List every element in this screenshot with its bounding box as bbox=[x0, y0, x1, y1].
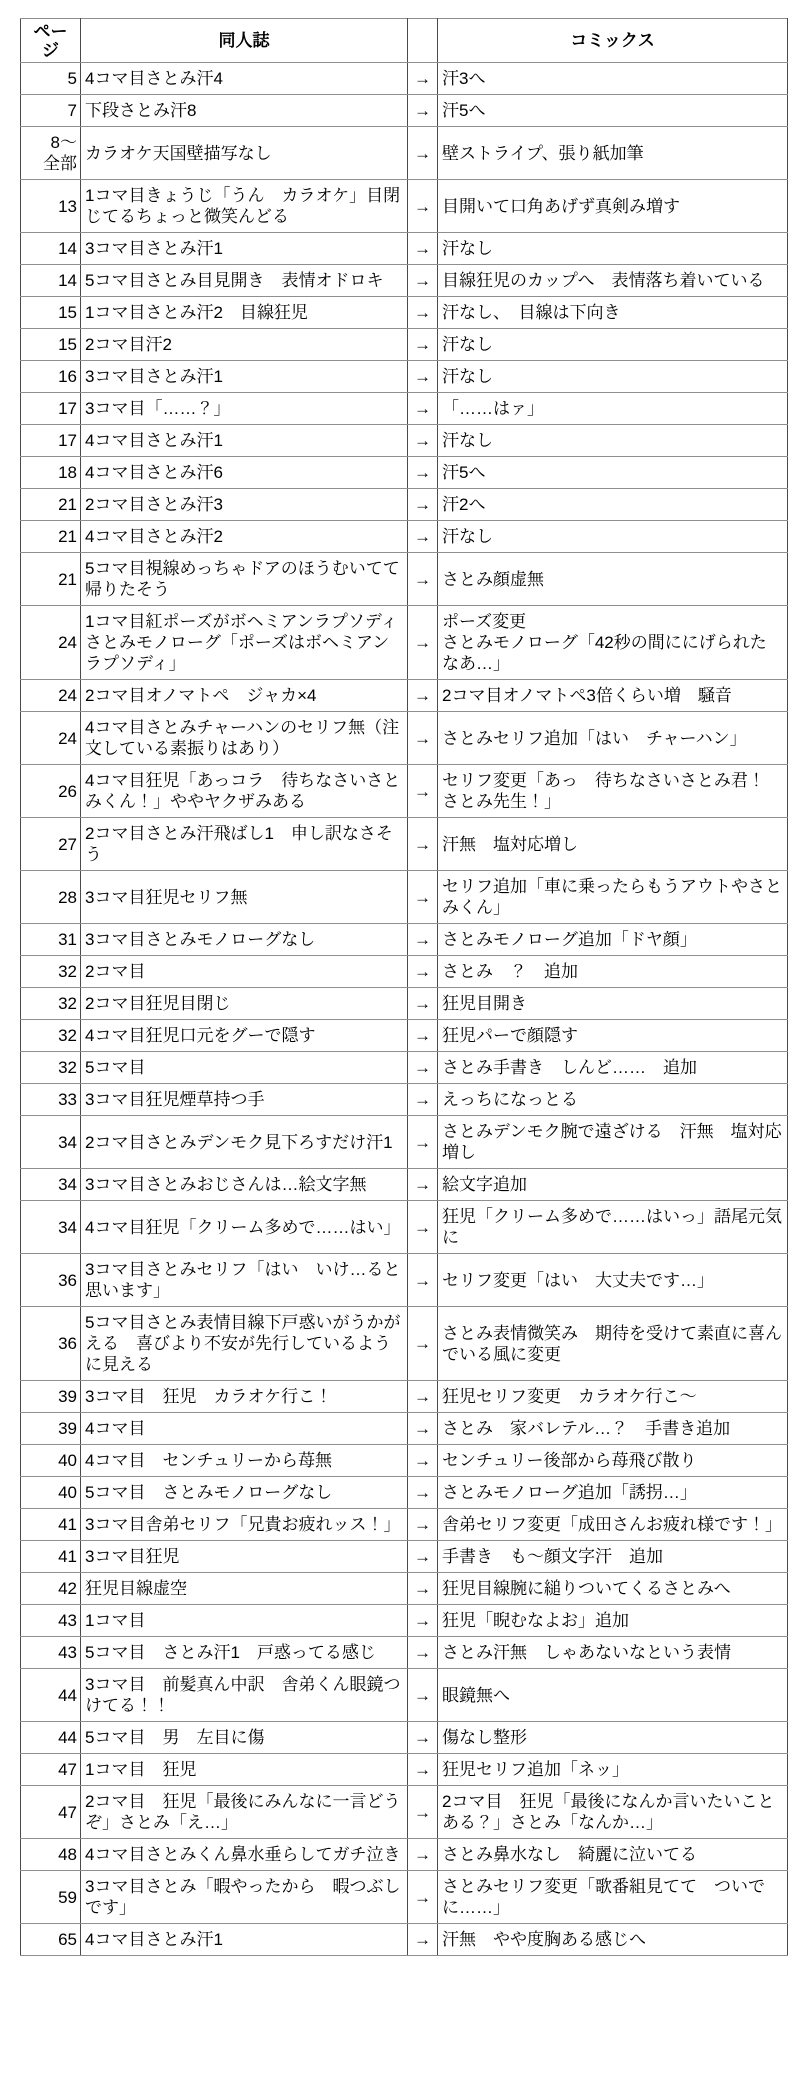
comics-cell: 汗なし bbox=[438, 521, 788, 553]
header-comics: コミックス bbox=[438, 19, 788, 63]
doujinshi-cell: カラオケ天国壁描写なし bbox=[81, 127, 408, 180]
comics-cell: 目線狂児のカップへ 表情落ち着いている bbox=[438, 265, 788, 297]
arrow-icon: → bbox=[408, 818, 438, 871]
table-row: 443コマ目 前髪真ん中訳 舎弟くん眼鏡つけてる！！→眼鏡無へ bbox=[21, 1669, 788, 1722]
comics-cell: さとみ 家バレテル…？ 手書き追加 bbox=[438, 1413, 788, 1445]
doujinshi-cell: 4コマ目さとみ汗2 bbox=[81, 521, 408, 553]
page-number-cell: 41 bbox=[21, 1541, 81, 1573]
arrow-icon: → bbox=[408, 1754, 438, 1786]
comics-cell: 狂児「睨むなよお」追加 bbox=[438, 1605, 788, 1637]
arrow-icon: → bbox=[408, 1786, 438, 1839]
arrow-icon: → bbox=[408, 63, 438, 95]
table-row: 214コマ目さとみ汗2→汗なし bbox=[21, 521, 788, 553]
arrow-icon: → bbox=[408, 1169, 438, 1201]
page-number-cell: 32 bbox=[21, 956, 81, 988]
doujinshi-cell: 5コマ目 bbox=[81, 1052, 408, 1084]
table-row: 654コマ目さとみ汗1→汗無 やや度胸ある感じへ bbox=[21, 1924, 788, 1956]
doujinshi-cell: 2コマ目さとみデンモク見下ろすだけ汗1 bbox=[81, 1116, 408, 1169]
table-row: 593コマ目さとみ「暇やったから 暇つぶしです」→さとみセリフ変更「歌番組見てて… bbox=[21, 1871, 788, 1924]
comics-cell: 汗3へ bbox=[438, 63, 788, 95]
arrow-icon: → bbox=[408, 1839, 438, 1871]
page-number-cell: 17 bbox=[21, 393, 81, 425]
comics-cell: 壁ストライプ、張り紙加筆 bbox=[438, 127, 788, 180]
page-number-cell: 28 bbox=[21, 871, 81, 924]
arrow-icon: → bbox=[408, 1477, 438, 1509]
arrow-icon: → bbox=[408, 329, 438, 361]
page-number-cell: 21 bbox=[21, 489, 81, 521]
table-row: 343コマ目さとみおじさんは…絵文字無→絵文字追加 bbox=[21, 1169, 788, 1201]
doujinshi-cell: 3コマ目狂児セリフ無 bbox=[81, 871, 408, 924]
doujinshi-cell: 狂児目線虚空 bbox=[81, 1573, 408, 1605]
table-row: 42狂児目線虚空→狂児目線腕に縋りついてくるさとみへ bbox=[21, 1573, 788, 1605]
comics-cell: さとみ鼻水なし 綺麗に泣いてる bbox=[438, 1839, 788, 1871]
comics-cell: 傷なし整形 bbox=[438, 1722, 788, 1754]
comics-cell: 汗なし bbox=[438, 361, 788, 393]
page-number-cell: 26 bbox=[21, 765, 81, 818]
comics-cell: 汗なし bbox=[438, 329, 788, 361]
page-number-cell: 33 bbox=[21, 1084, 81, 1116]
table-row: 431コマ目→狂児「睨むなよお」追加 bbox=[21, 1605, 788, 1637]
table-row: 445コマ目 男 左目に傷→傷なし整形 bbox=[21, 1722, 788, 1754]
arrow-icon: → bbox=[408, 1445, 438, 1477]
table-row: 365コマ目さとみ表情目線下戸惑いがうかがえる 喜びより不安が先行しているように… bbox=[21, 1307, 788, 1381]
arrow-icon: → bbox=[408, 1669, 438, 1722]
arrow-icon: → bbox=[408, 425, 438, 457]
arrow-icon: → bbox=[408, 1254, 438, 1307]
doujinshi-cell: 3コマ目狂児 bbox=[81, 1541, 408, 1573]
comics-cell: 汗5へ bbox=[438, 95, 788, 127]
doujinshi-cell: 3コマ目 狂児 カラオケ行こ！ bbox=[81, 1381, 408, 1413]
doujinshi-cell: 1コマ目きょうじ「うん カラオケ」目閉じてるちょっと微笑んどる bbox=[81, 180, 408, 233]
comics-cell: 汗なし bbox=[438, 425, 788, 457]
comics-cell: 狂児「クリーム多めで……はいっ」語尾元気に bbox=[438, 1201, 788, 1254]
comics-cell: さとみデンモク腕で遠ざける 汗無 塩対応増し bbox=[438, 1116, 788, 1169]
page-number-cell: 44 bbox=[21, 1722, 81, 1754]
arrow-icon: → bbox=[408, 127, 438, 180]
table-row: 264コマ目狂児「あっコラ 待ちなさいさとみくん！」ややヤクザみある→セリフ変更… bbox=[21, 765, 788, 818]
page-number-cell: 43 bbox=[21, 1637, 81, 1669]
arrow-icon: → bbox=[408, 1722, 438, 1754]
doujinshi-cell: 3コマ目さとみモノローグなし bbox=[81, 924, 408, 956]
table-row: 394コマ目→さとみ 家バレテル…？ 手書き追加 bbox=[21, 1413, 788, 1445]
arrow-icon: → bbox=[408, 871, 438, 924]
arrow-icon: → bbox=[408, 1509, 438, 1541]
arrow-icon: → bbox=[408, 233, 438, 265]
comics-cell: 2コマ目 狂児「最後になんか言いたいことある？」さとみ「なんか…」 bbox=[438, 1786, 788, 1839]
comics-cell: 舎弟セリフ変更「成田さんお疲れ様です！」 bbox=[438, 1509, 788, 1541]
comics-cell: 汗無 塩対応増し bbox=[438, 818, 788, 871]
page-number-cell: 21 bbox=[21, 553, 81, 606]
table-row: 472コマ目 狂児「最後にみんなに一言どうぞ」さとみ「え…」→2コマ目 狂児「最… bbox=[21, 1786, 788, 1839]
table-row: 413コマ目舎弟セリフ「兄貴お疲れッス！」→舎弟セリフ変更「成田さんお疲れ様です… bbox=[21, 1509, 788, 1541]
page-number-cell: 14 bbox=[21, 265, 81, 297]
arrow-icon: → bbox=[408, 489, 438, 521]
page-number-cell: 39 bbox=[21, 1413, 81, 1445]
doujinshi-cell: 4コマ目さとみ汗4 bbox=[81, 63, 408, 95]
doujinshi-cell: 2コマ目 狂児「最後にみんなに一言どうぞ」さとみ「え…」 bbox=[81, 1786, 408, 1839]
doujinshi-cell: 4コマ目狂児「あっコラ 待ちなさいさとみくん！」ややヤクザみある bbox=[81, 765, 408, 818]
doujinshi-cell: 4コマ目狂児口元をグーで隠す bbox=[81, 1020, 408, 1052]
doujinshi-cell: 5コマ目 さとみモノローグなし bbox=[81, 1477, 408, 1509]
comics-cell: さとみ表情微笑み 期待を受けて素直に喜んでいる風に変更 bbox=[438, 1307, 788, 1381]
doujinshi-cell: 4コマ目狂児「クリーム多めで……はい」 bbox=[81, 1201, 408, 1254]
comics-cell: さとみモノローグ追加「誘拐…」 bbox=[438, 1477, 788, 1509]
doujinshi-cell: 5コマ目視線めっちゃドアのほうむいてて帰りたそう bbox=[81, 553, 408, 606]
comics-cell: セリフ変更「はい 大丈夫です…」 bbox=[438, 1254, 788, 1307]
doujinshi-cell: 2コマ目汗2 bbox=[81, 329, 408, 361]
page-number-cell: 39 bbox=[21, 1381, 81, 1413]
doujinshi-cell: 3コマ目さとみ「暇やったから 暇つぶしです」 bbox=[81, 1871, 408, 1924]
page-number-cell: 34 bbox=[21, 1116, 81, 1169]
table-row: 363コマ目さとみセリフ「はい いけ…ると思います」→セリフ変更「はい 大丈夫で… bbox=[21, 1254, 788, 1307]
arrow-icon: → bbox=[408, 521, 438, 553]
page-number-cell: 59 bbox=[21, 1871, 81, 1924]
comics-cell: 汗5へ bbox=[438, 457, 788, 489]
doujinshi-cell: 1コマ目紅ポーズがボヘミアンラプソディ さとみモノローグ「ポーズはボヘミアンラプ… bbox=[81, 606, 408, 680]
doujinshi-cell: 3コマ目 前髪真ん中訳 舎弟くん眼鏡つけてる！！ bbox=[81, 1669, 408, 1722]
table-row: 244コマ目さとみチャーハンのセリフ無（注文している素振りはあり）→さとみセリフ… bbox=[21, 712, 788, 765]
page-number-cell: 24 bbox=[21, 680, 81, 712]
comics-cell: えっちになっとる bbox=[438, 1084, 788, 1116]
table-row: 283コマ目狂児セリフ無→セリフ追加「車に乗ったらもうアウトやさとみくん」 bbox=[21, 871, 788, 924]
comics-cell: 絵文字追加 bbox=[438, 1169, 788, 1201]
page-number-cell: 32 bbox=[21, 1020, 81, 1052]
table-row: 393コマ目 狂児 カラオケ行こ！→狂児セリフ変更 カラオケ行こ～ bbox=[21, 1381, 788, 1413]
comics-cell: さとみ顔虚無 bbox=[438, 553, 788, 606]
comics-cell: セリフ追加「車に乗ったらもうアウトやさとみくん」 bbox=[438, 871, 788, 924]
page-number-cell: 40 bbox=[21, 1445, 81, 1477]
page-number-cell: 34 bbox=[21, 1201, 81, 1254]
doujinshi-cell: 2コマ目 bbox=[81, 956, 408, 988]
table-row: 173コマ目「……？」→「……はァ」 bbox=[21, 393, 788, 425]
table-row: 435コマ目 さとみ汗1 戸惑ってる感じ→さとみ汗無 しゃあないなという表情 bbox=[21, 1637, 788, 1669]
comics-cell: 狂児セリフ追加「ネッ」 bbox=[438, 1754, 788, 1786]
page-number-cell: 41 bbox=[21, 1509, 81, 1541]
comics-cell: 狂児目線腕に縋りついてくるさとみへ bbox=[438, 1573, 788, 1605]
page-number-cell: 13 bbox=[21, 180, 81, 233]
table-row: 215コマ目視線めっちゃドアのほうむいてて帰りたそう→さとみ顔虚無 bbox=[21, 553, 788, 606]
table-row: 344コマ目狂児「クリーム多めで……はい」→狂児「クリーム多めで……はいっ」語尾… bbox=[21, 1201, 788, 1254]
arrow-icon: → bbox=[408, 1637, 438, 1669]
arrow-icon: → bbox=[408, 765, 438, 818]
page-number-cell: 32 bbox=[21, 1052, 81, 1084]
arrow-icon: → bbox=[408, 265, 438, 297]
table-row: 152コマ目汗2→汗なし bbox=[21, 329, 788, 361]
comics-cell: 汗無 やや度胸ある感じへ bbox=[438, 1924, 788, 1956]
table-row: 404コマ目 センチュリーから苺無→センチュリー後部から苺飛び散り bbox=[21, 1445, 788, 1477]
table-row: 143コマ目さとみ汗1→汗なし bbox=[21, 233, 788, 265]
arrow-icon: → bbox=[408, 1381, 438, 1413]
doujinshi-cell: 2コマ目狂児目閉じ bbox=[81, 988, 408, 1020]
doujinshi-cell: 1コマ目さとみ汗2 目線狂児 bbox=[81, 297, 408, 329]
page-number-cell: 47 bbox=[21, 1786, 81, 1839]
arrow-icon: → bbox=[408, 1541, 438, 1573]
header-doujinshi: 同人誌 bbox=[81, 19, 408, 63]
doujinshi-cell: 2コマ目さとみ汗飛ばし1 申し訳なさそう bbox=[81, 818, 408, 871]
page-number-cell: 44 bbox=[21, 1669, 81, 1722]
page-number-cell: 18 bbox=[21, 457, 81, 489]
doujinshi-cell: 3コマ目さとみ汗1 bbox=[81, 361, 408, 393]
page-number-cell: 32 bbox=[21, 988, 81, 1020]
arrow-icon: → bbox=[408, 1052, 438, 1084]
arrow-icon: → bbox=[408, 1201, 438, 1254]
comics-cell: 眼鏡無へ bbox=[438, 1669, 788, 1722]
doujinshi-cell: 4コマ目さとみ汗1 bbox=[81, 425, 408, 457]
header-row: ペー ジ 同人誌 コミックス bbox=[21, 19, 788, 63]
page-number-cell: 16 bbox=[21, 361, 81, 393]
table-row: 163コマ目さとみ汗1→汗なし bbox=[21, 361, 788, 393]
comics-cell: 狂児目開き bbox=[438, 988, 788, 1020]
table-row: 325コマ目→さとみ手書き しんど…… 追加 bbox=[21, 1052, 788, 1084]
arrow-icon: → bbox=[408, 1413, 438, 1445]
arrow-icon: → bbox=[408, 1871, 438, 1924]
arrow-icon: → bbox=[408, 1605, 438, 1637]
comics-cell: さとみ汗無 しゃあないなという表情 bbox=[438, 1637, 788, 1669]
arrow-icon: → bbox=[408, 553, 438, 606]
table-row: 322コマ目→さとみ ？ 追加 bbox=[21, 956, 788, 988]
arrow-icon: → bbox=[408, 712, 438, 765]
table-row: 8～ 全部カラオケ天国壁描写なし→壁ストライプ、張り紙加筆 bbox=[21, 127, 788, 180]
doujinshi-cell: 下段さとみ汗8 bbox=[81, 95, 408, 127]
doujinshi-cell: 3コマ目さとみセリフ「はい いけ…ると思います」 bbox=[81, 1254, 408, 1307]
page-number-cell: 15 bbox=[21, 297, 81, 329]
comics-cell: 汗なし、 目線は下向き bbox=[438, 297, 788, 329]
page-number-cell: 40 bbox=[21, 1477, 81, 1509]
comics-cell: さとみセリフ追加「はい チャーハン」 bbox=[438, 712, 788, 765]
doujinshi-cell: 3コマ目さとみおじさんは…絵文字無 bbox=[81, 1169, 408, 1201]
page-number-cell: 47 bbox=[21, 1754, 81, 1786]
doujinshi-cell: 3コマ目「……？」 bbox=[81, 393, 408, 425]
arrow-icon: → bbox=[408, 956, 438, 988]
page-number-cell: 14 bbox=[21, 233, 81, 265]
doujinshi-cell: 5コマ目さとみ目見開き 表情オドロキ bbox=[81, 265, 408, 297]
comics-cell: ポーズ変更 さとみモノローグ「42秒の間ににげられたなあ…」 bbox=[438, 606, 788, 680]
comics-cell: 狂児セリフ変更 カラオケ行こ～ bbox=[438, 1381, 788, 1413]
table-row: 484コマ目さとみくん鼻水垂らしてガチ泣き→さとみ鼻水なし 綺麗に泣いてる bbox=[21, 1839, 788, 1871]
page-number-cell: 36 bbox=[21, 1307, 81, 1381]
comics-cell: 目開いて口角あげず真剣み増す bbox=[438, 180, 788, 233]
table-row: 174コマ目さとみ汗1→汗なし bbox=[21, 425, 788, 457]
table-body: 54コマ目さとみ汗4→汗3へ7下段さとみ汗8→汗5へ8～ 全部カラオケ天国壁描写… bbox=[21, 63, 788, 1956]
comics-cell: 2コマ目オノマトペ3倍くらい増 騒音 bbox=[438, 680, 788, 712]
page-number-cell: 8～ 全部 bbox=[21, 127, 81, 180]
doujinshi-cell: 4コマ目さとみチャーハンのセリフ無（注文している素振りはあり） bbox=[81, 712, 408, 765]
arrow-icon: → bbox=[408, 361, 438, 393]
table-row: 342コマ目さとみデンモク見下ろすだけ汗1→さとみデンモク腕で遠ざける 汗無 塩… bbox=[21, 1116, 788, 1169]
table-row: 241コマ目紅ポーズがボヘミアンラプソディ さとみモノローグ「ポーズはボヘミアン… bbox=[21, 606, 788, 680]
doujinshi-cell: 3コマ目舎弟セリフ「兄貴お疲れッス！」 bbox=[81, 1509, 408, 1541]
comics-cell: センチュリー後部から苺飛び散り bbox=[438, 1445, 788, 1477]
table-row: 54コマ目さとみ汗4→汗3へ bbox=[21, 63, 788, 95]
comics-cell: さとみ ？ 追加 bbox=[438, 956, 788, 988]
doujinshi-cell: 1コマ目 bbox=[81, 1605, 408, 1637]
doujinshi-cell: 4コマ目 bbox=[81, 1413, 408, 1445]
table-row: 471コマ目 狂児→狂児セリフ追加「ネッ」 bbox=[21, 1754, 788, 1786]
page-number-cell: 43 bbox=[21, 1605, 81, 1637]
doujinshi-cell: 4コマ目さとみ汗6 bbox=[81, 457, 408, 489]
table-row: 322コマ目狂児目閉じ→狂児目開き bbox=[21, 988, 788, 1020]
doujinshi-cell: 5コマ目 さとみ汗1 戸惑ってる感じ bbox=[81, 1637, 408, 1669]
arrow-icon: → bbox=[408, 680, 438, 712]
page-number-cell: 27 bbox=[21, 818, 81, 871]
comics-cell: 汗なし bbox=[438, 233, 788, 265]
page-number-cell: 34 bbox=[21, 1169, 81, 1201]
comparison-table: ペー ジ 同人誌 コミックス 54コマ目さとみ汗4→汗3へ7下段さとみ汗8→汗5… bbox=[20, 18, 788, 1956]
table-row: 151コマ目さとみ汗2 目線狂児→汗なし、 目線は下向き bbox=[21, 297, 788, 329]
arrow-icon: → bbox=[408, 606, 438, 680]
comics-cell: 「……はァ」 bbox=[438, 393, 788, 425]
comics-cell: さとみセリフ変更「歌番組見てて ついでに……」 bbox=[438, 1871, 788, 1924]
doujinshi-cell: 5コマ目 男 左目に傷 bbox=[81, 1722, 408, 1754]
comics-cell: さとみ手書き しんど…… 追加 bbox=[438, 1052, 788, 1084]
table-row: 212コマ目さとみ汗3→汗2へ bbox=[21, 489, 788, 521]
arrow-icon: → bbox=[408, 1020, 438, 1052]
table-row: 405コマ目 さとみモノローグなし→さとみモノローグ追加「誘拐…」 bbox=[21, 1477, 788, 1509]
arrow-icon: → bbox=[408, 1573, 438, 1605]
arrow-icon: → bbox=[408, 1924, 438, 1956]
comics-cell: さとみモノローグ追加「ドヤ顔」 bbox=[438, 924, 788, 956]
comics-cell: 汗2へ bbox=[438, 489, 788, 521]
page-number-cell: 21 bbox=[21, 521, 81, 553]
doujinshi-cell: 4コマ目さとみ汗1 bbox=[81, 1924, 408, 1956]
doujinshi-cell: 2コマ目オノマトペ ジャカ×4 bbox=[81, 680, 408, 712]
arrow-icon: → bbox=[408, 297, 438, 329]
comics-cell: セリフ変更「あっ 待ちなさいさとみ君！ さとみ先生！」 bbox=[438, 765, 788, 818]
comics-cell: 狂児パーで顔隠す bbox=[438, 1020, 788, 1052]
arrow-icon: → bbox=[408, 1116, 438, 1169]
table-row: 145コマ目さとみ目見開き 表情オドロキ→目線狂児のカップへ 表情落ち着いている bbox=[21, 265, 788, 297]
doujinshi-cell: 1コマ目 狂児 bbox=[81, 1754, 408, 1786]
table-row: 242コマ目オノマトペ ジャカ×4→2コマ目オノマトペ3倍くらい増 騒音 bbox=[21, 680, 788, 712]
page-number-cell: 5 bbox=[21, 63, 81, 95]
arrow-icon: → bbox=[408, 180, 438, 233]
comics-cell: 手書き も～顔文字汗 追加 bbox=[438, 1541, 788, 1573]
table-row: 184コマ目さとみ汗6→汗5へ bbox=[21, 457, 788, 489]
doujinshi-cell: 3コマ目さとみ汗1 bbox=[81, 233, 408, 265]
doujinshi-cell: 5コマ目さとみ表情目線下戸惑いがうかがえる 喜びより不安が先行しているように見え… bbox=[81, 1307, 408, 1381]
page-number-cell: 31 bbox=[21, 924, 81, 956]
arrow-icon: → bbox=[408, 924, 438, 956]
arrow-icon: → bbox=[408, 457, 438, 489]
page-number-cell: 48 bbox=[21, 1839, 81, 1871]
doujinshi-cell: 2コマ目さとみ汗3 bbox=[81, 489, 408, 521]
page-number-cell: 24 bbox=[21, 712, 81, 765]
page-number-cell: 24 bbox=[21, 606, 81, 680]
page-number-cell: 17 bbox=[21, 425, 81, 457]
arrow-icon: → bbox=[408, 988, 438, 1020]
page-number-cell: 65 bbox=[21, 1924, 81, 1956]
page-number-cell: 42 bbox=[21, 1573, 81, 1605]
table-row: 131コマ目きょうじ「うん カラオケ」目閉じてるちょっと微笑んどる→目開いて口角… bbox=[21, 180, 788, 233]
table-row: 324コマ目狂児口元をグーで隠す→狂児パーで顔隠す bbox=[21, 1020, 788, 1052]
table-row: 413コマ目狂児→手書き も～顔文字汗 追加 bbox=[21, 1541, 788, 1573]
doujinshi-cell: 4コマ目さとみくん鼻水垂らしてガチ泣き bbox=[81, 1839, 408, 1871]
page-number-cell: 7 bbox=[21, 95, 81, 127]
header-page: ペー ジ bbox=[21, 19, 81, 63]
page: ペー ジ 同人誌 コミックス 54コマ目さとみ汗4→汗3へ7下段さとみ汗8→汗5… bbox=[0, 0, 800, 1956]
table-row: 333コマ目狂児煙草持つ手→えっちになっとる bbox=[21, 1084, 788, 1116]
table-row: 272コマ目さとみ汗飛ばし1 申し訳なさそう→汗無 塩対応増し bbox=[21, 818, 788, 871]
page-number-cell: 36 bbox=[21, 1254, 81, 1307]
table-row: 7下段さとみ汗8→汗5へ bbox=[21, 95, 788, 127]
doujinshi-cell: 3コマ目狂児煙草持つ手 bbox=[81, 1084, 408, 1116]
arrow-icon: → bbox=[408, 393, 438, 425]
header-arrow-cell bbox=[408, 19, 438, 63]
page-number-cell: 15 bbox=[21, 329, 81, 361]
arrow-icon: → bbox=[408, 95, 438, 127]
arrow-icon: → bbox=[408, 1307, 438, 1381]
arrow-icon: → bbox=[408, 1084, 438, 1116]
table-row: 313コマ目さとみモノローグなし→さとみモノローグ追加「ドヤ顔」 bbox=[21, 924, 788, 956]
doujinshi-cell: 4コマ目 センチュリーから苺無 bbox=[81, 1445, 408, 1477]
